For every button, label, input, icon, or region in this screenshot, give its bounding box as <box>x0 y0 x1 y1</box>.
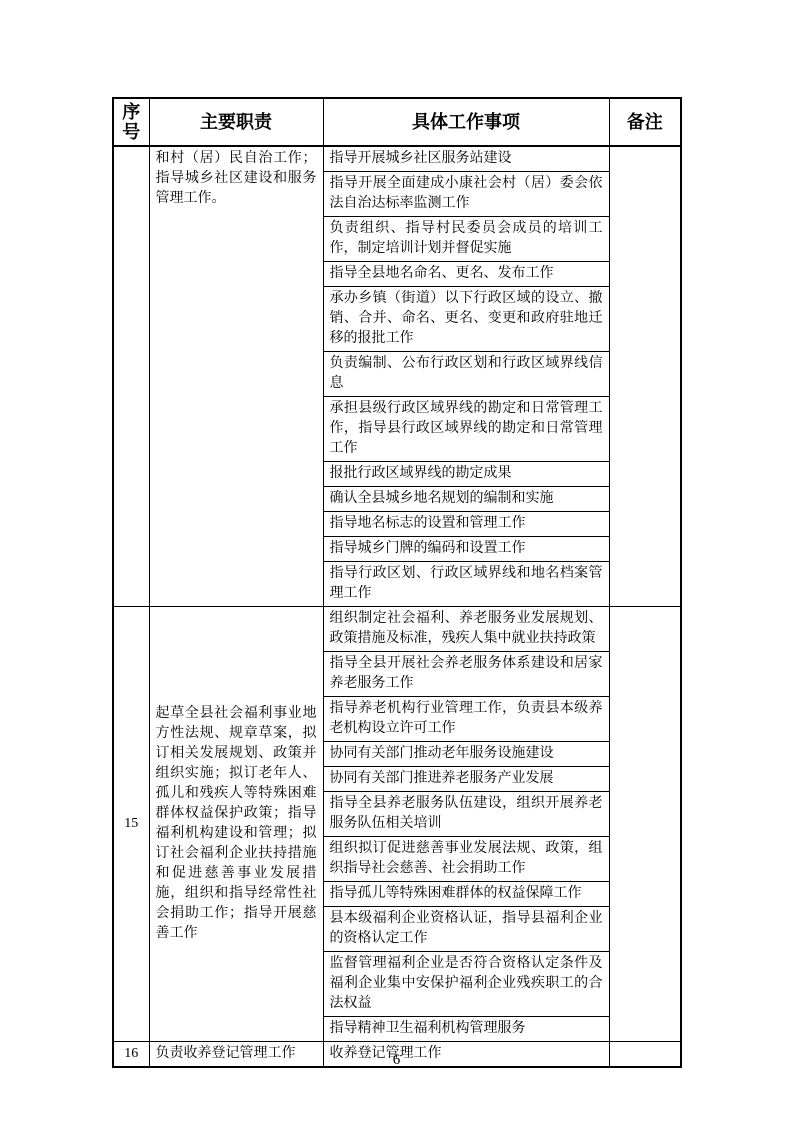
remark-cell <box>609 146 681 607</box>
work-item-cell: 监督管理福利企业是否符合资格认定条件及福利企业集中安保护福利企业残疾职工的合法权… <box>323 952 609 1017</box>
work-item-cell: 承办乡镇（街道）以下行政区域的设立、撤销、合并、命名、更名、变更和政府驻地迁移的… <box>323 287 609 352</box>
work-item-cell: 协同有关部门推动老年服务设施建设 <box>323 742 609 767</box>
work-item-cell: 县本级福利企业资格认证，指导县福利企业的资格认定工作 <box>323 907 609 952</box>
duty-table: 序号 主要职责 具体工作事项 备注 和村（居）民自治工作；指导城乡社区建设和服务… <box>112 97 682 1068</box>
table-row: 15起草全县社会福利事业地方性法规、规章草案，拟订相关发展规划、政策并组织实施；… <box>113 607 681 652</box>
work-item-cell: 承担县级行政区域界线的勘定和日常管理工作，指导县行政区域界线的勘定和日常管理工作 <box>323 397 609 462</box>
document-page: 序号 主要职责 具体工作事项 备注 和村（居）民自治工作；指导城乡社区建设和服务… <box>0 0 793 1122</box>
table-row: 和村（居）民自治工作；指导城乡社区建设和服务管理工作。指导开展城乡社区服务站建设 <box>113 146 681 172</box>
work-item-cell: 负责编制、公布行政区划和行政区域界线信息 <box>323 352 609 397</box>
seq-cell <box>113 146 149 607</box>
work-item-cell: 负责组织、指导村民委员会成员的培训工作，制定培训计划并督促实施 <box>323 217 609 262</box>
page-number: 6 <box>0 1052 793 1069</box>
column-header-seq: 序号 <box>113 98 149 146</box>
remark-cell <box>609 607 681 1042</box>
work-item-cell: 指导养老机构行业管理工作，负责县本级养老机构设立许可工作 <box>323 697 609 742</box>
work-item-cell: 组织拟订促进慈善事业发展法规、政策，组织指导社会慈善、社会捐助工作 <box>323 837 609 882</box>
work-item-cell: 指导城乡门牌的编码和设置工作 <box>323 537 609 562</box>
duty-cell: 和村（居）民自治工作；指导城乡社区建设和服务管理工作。 <box>149 146 323 607</box>
work-item-cell: 指导全县养老服务队伍建设，组织开展养老服务队伍相关培训 <box>323 792 609 837</box>
work-item-cell: 协同有关部门推进养老服务产业发展 <box>323 767 609 792</box>
duty-cell: 起草全县社会福利事业地方性法规、规章草案，拟订相关发展规划、政策并组织实施；拟订… <box>149 607 323 1042</box>
work-item-cell: 指导全县地名命名、更名、发布工作 <box>323 262 609 287</box>
column-header-remark: 备注 <box>609 98 681 146</box>
table-header-row: 序号 主要职责 具体工作事项 备注 <box>113 98 681 146</box>
work-item-cell: 指导开展城乡社区服务站建设 <box>323 146 609 172</box>
work-item-cell: 指导地名标志的设置和管理工作 <box>323 512 609 537</box>
work-item-cell: 指导行政区划、行政区域界线和地名档案管理工作 <box>323 562 609 607</box>
seq-cell: 15 <box>113 607 149 1042</box>
work-item-cell: 指导精神卫生福利机构管理服务 <box>323 1017 609 1042</box>
work-item-cell: 指导开展全面建成小康社会村（居）委会依法自治达标率监测工作 <box>323 172 609 217</box>
column-header-items: 具体工作事项 <box>323 98 609 146</box>
work-item-cell: 组织制定社会福利、养老服务业发展规划、政策措施及标准，残疾人集中就业扶持政策 <box>323 607 609 652</box>
work-item-cell: 报批行政区域界线的勘定成果 <box>323 462 609 487</box>
work-item-cell: 指导全县开展社会养老服务体系建设和居家养老服务工作 <box>323 652 609 697</box>
table-body: 和村（居）民自治工作；指导城乡社区建设和服务管理工作。指导开展城乡社区服务站建设… <box>113 146 681 1067</box>
work-item-cell: 指导孤儿等特殊困难群体的权益保障工作 <box>323 882 609 907</box>
work-item-cell: 确认全县城乡地名规划的编制和实施 <box>323 487 609 512</box>
column-header-duty: 主要职责 <box>149 98 323 146</box>
